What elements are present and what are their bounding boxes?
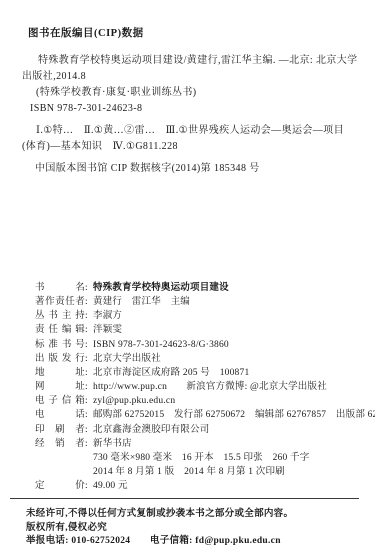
cip-registry: 中国版本图书馆 CIP 数据核字(2014)第 185348 号 <box>22 161 361 177</box>
value: 泮颖雯 <box>93 325 122 335</box>
label: 网址 <box>35 380 85 394</box>
colon: : <box>85 309 93 323</box>
footer-notice: 未经许可,不得以任何方式复制或抄袭本书之部分或全部内容。 <box>26 508 361 521</box>
colon: : <box>85 323 93 337</box>
divider-rule <box>10 498 359 499</box>
row-phones: 电话:邮购部 62752015 发行部 62750672 编辑部 6276785… <box>35 408 361 422</box>
colon: : <box>85 352 93 366</box>
value: 北京鑫海金澳胶印有限公司 <box>93 425 209 435</box>
row-book-title: 书名:特殊教育学校特奥运动项目建设 <box>35 281 361 295</box>
value: 49.00 元 <box>93 481 128 491</box>
colon: : <box>85 366 93 380</box>
colon: : <box>85 295 93 309</box>
colon: : <box>85 423 93 437</box>
cip-series: (特殊学校教育·康复·职业训练丛书) <box>22 85 361 101</box>
value: 新华书店 <box>93 439 132 449</box>
footer-copyright: 版权所有,侵权必究 <box>26 522 361 535</box>
row-responsible-editor: 责任编辑:泮颖雯 <box>35 323 361 337</box>
cip-header: 图书在版编目(CIP)数据 <box>28 25 361 40</box>
value: 北京大学出版社 <box>93 354 161 364</box>
label: 标准书号 <box>35 338 85 352</box>
label: 电话 <box>35 408 85 422</box>
label: 印刷者 <box>35 423 85 437</box>
colophon-section: 书名:特殊教育学校特奥运动项目建设 著作责任者:黄建行 雷江华 主编 丛书主持:… <box>35 281 361 493</box>
row-standard-isbn: 标准书号:ISBN 978-7-301-24623-8/G·3860 <box>35 338 361 352</box>
colon: : <box>85 394 93 408</box>
row-price: 定价:49.00 元 <box>35 479 361 493</box>
value: 黄建行 雷江华 主编 <box>93 297 190 307</box>
row-distributor: 经销者:新华书店 <box>35 437 361 451</box>
label: 地址 <box>35 366 85 380</box>
colon: : <box>85 380 93 394</box>
row-address: 地址:北京市海淀区成府路 205 号 100871 <box>35 366 361 380</box>
label: 责任编辑 <box>35 323 85 337</box>
colon: : <box>85 338 93 352</box>
label: 电子信箱 <box>35 394 85 408</box>
label: 书名 <box>35 281 85 295</box>
colon: : <box>85 408 93 422</box>
label: 著作责任者 <box>35 295 85 309</box>
row-email: 电子信箱:zyl@pup.pku.edu.cn <box>35 394 361 408</box>
value: 邮购部 62752015 发行部 62750672 编辑部 62767857 出… <box>93 410 375 420</box>
footer-section: 未经许可,不得以任何方式复制或抄袭本书之部分或全部内容。 版权所有,侵权必究 举… <box>26 508 361 548</box>
label: 出版发行 <box>35 352 85 366</box>
colon: : <box>85 479 93 493</box>
colon: : <box>85 437 93 451</box>
value: 北京市海淀区成府路 205 号 100871 <box>93 368 249 378</box>
label: 经销者 <box>35 437 85 451</box>
row-format-spec: 730 毫米×980 毫米 16 开本 15.5 印张 260 千字 <box>35 451 361 465</box>
row-authors: 著作责任者:黄建行 雷江华 主编 <box>35 295 361 309</box>
value: 特殊教育学校特奥运动项目建设 <box>93 283 229 293</box>
row-website: 网址:http://www.pup.cn 新浪官方微博: @北京大学出版社 <box>35 380 361 394</box>
row-printer: 印刷者:北京鑫海金澳胶印有限公司 <box>35 423 361 437</box>
cip-classification-line2: (体育)—基本知识 Ⅳ.①G811.228 <box>22 139 361 155</box>
row-publisher: 出版发行:北京大学出版社 <box>35 352 361 366</box>
value: 李淑方 <box>93 311 122 321</box>
value: zyl@pup.pku.edu.cn <box>93 396 175 406</box>
cip-entry-line1: 特殊教育学校特奥运动项目建设/黄建行,雷江华主编. —北京: 北京大学 <box>22 53 361 69</box>
cip-section: 图书在版编目(CIP)数据 特殊教育学校特奥运动项目建设/黄建行,雷江华主编. … <box>22 25 361 177</box>
label: 丛书主持 <box>35 309 85 323</box>
value: ISBN 978-7-301-24623-8/G·3860 <box>93 340 229 350</box>
cip-entry-line2: 出版社,2014.8 <box>22 69 361 85</box>
label: 定价 <box>35 479 85 493</box>
cip-isbn: ISBN 978-7-301-24623-8 <box>22 101 361 117</box>
row-edition-spec: 2014 年 8 月第 1 版 2014 年 8 月第 1 次印刷 <box>35 465 361 479</box>
copyright-page: 图书在版编目(CIP)数据 特殊教育学校特奥运动项目建设/黄建行,雷江华主编. … <box>0 0 375 555</box>
value: http://www.pup.cn 新浪官方微博: @北京大学出版社 <box>93 382 327 392</box>
row-series-editor: 丛书主持:李淑方 <box>35 309 361 323</box>
colon: : <box>85 281 93 295</box>
cip-classification-line1: Ⅰ.①特… Ⅱ.①黄…②雷… Ⅲ.①世界残疾人运动会—奥运会—项目 <box>22 123 361 139</box>
footer-report-contact: 举报电话: 010-62752024 电子信箱: fd@pup.pku.edu.… <box>26 535 361 548</box>
